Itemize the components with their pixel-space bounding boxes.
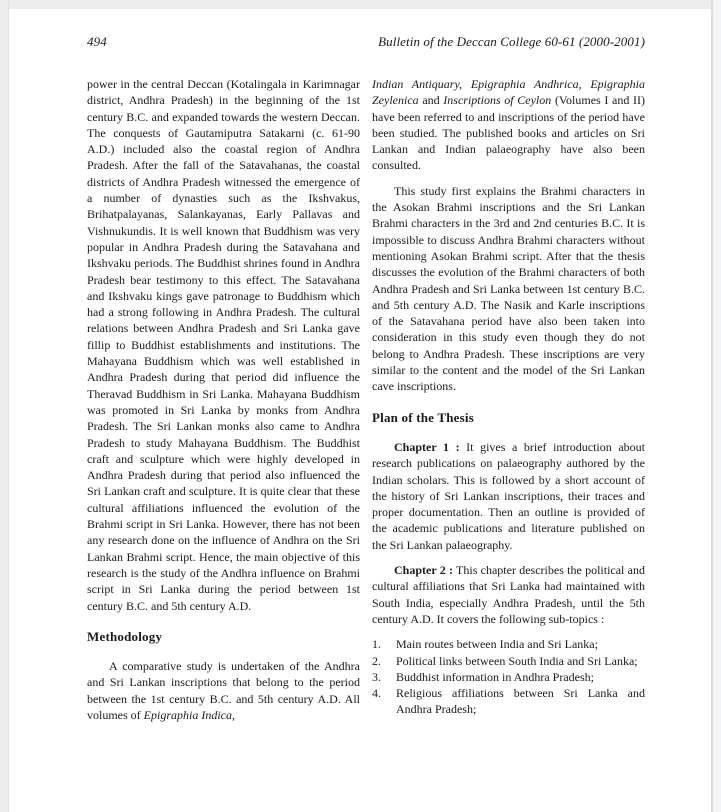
sources-citation-italic-2: Inscriptions of Ceylon: [443, 93, 551, 107]
chapter-1-text: It gives a brief introduction about rese…: [372, 440, 645, 552]
list-item-number: 3.: [372, 669, 396, 685]
right-column: Indian Antiquary, Epigraphia Andhrica, E…: [372, 76, 645, 732]
list-item-number: 1.: [372, 636, 396, 652]
chapter-2-paragraph: Chapter 2 : This chapter describes the p…: [372, 562, 645, 627]
page-number: 494: [87, 34, 107, 50]
sources-text-1: and: [419, 93, 444, 107]
methodology-paragraph: A comparative study is undertaken of the…: [87, 658, 360, 723]
chapter-1-label: Chapter 1 :: [394, 440, 460, 454]
list-item: 2.Political links between South India an…: [372, 653, 645, 669]
left-column: power in the central Deccan (Kotalingala…: [87, 76, 360, 732]
list-item-text: Religious affiliations between Sri Lanka…: [396, 685, 645, 718]
list-item: 4.Religious affiliations between Sri Lan…: [372, 685, 645, 718]
methodology-heading: Methodology: [87, 629, 360, 645]
list-item-number: 4.: [372, 685, 396, 701]
scan-edge-right: [711, 0, 721, 812]
plan-of-thesis-heading: Plan of the Thesis: [372, 410, 645, 426]
list-item-text: Political links between South India and …: [396, 653, 645, 669]
chapter-1-paragraph: Chapter 1 : It gives a brief introductio…: [372, 439, 645, 553]
subtopics-list: 1.Main routes between India and Sri Lank…: [372, 636, 645, 717]
text-columns: power in the central Deccan (Kotalingala…: [87, 76, 645, 732]
list-item: 3.Buddhist information in Andhra Pradesh…: [372, 669, 645, 685]
study-paragraph: This study first explains the Brahmi cha…: [372, 183, 645, 395]
scanned-page: 494 Bulletin of the Deccan College 60-61…: [0, 0, 721, 812]
page-header: 494 Bulletin of the Deccan College 60-61…: [87, 34, 645, 50]
methodology-citation-italic: Epigraphia Indica,: [144, 708, 235, 722]
chapter-2-label: Chapter 2 :: [394, 563, 453, 577]
sources-paragraph: Indian Antiquary, Epigraphia Andhrica, E…: [372, 76, 645, 174]
scan-edge-top: [0, 0, 721, 9]
list-item-number: 2.: [372, 653, 396, 669]
journal-title: Bulletin of the Deccan College 60-61 (20…: [378, 34, 645, 50]
list-item-text: Main routes between India and Sri Lanka;: [396, 636, 645, 652]
list-item-text: Buddhist information in Andhra Pradesh;: [396, 669, 645, 685]
scan-edge-left: [0, 0, 9, 812]
list-item: 1.Main routes between India and Sri Lank…: [372, 636, 645, 652]
intro-paragraph: power in the central Deccan (Kotalingala…: [87, 76, 360, 614]
